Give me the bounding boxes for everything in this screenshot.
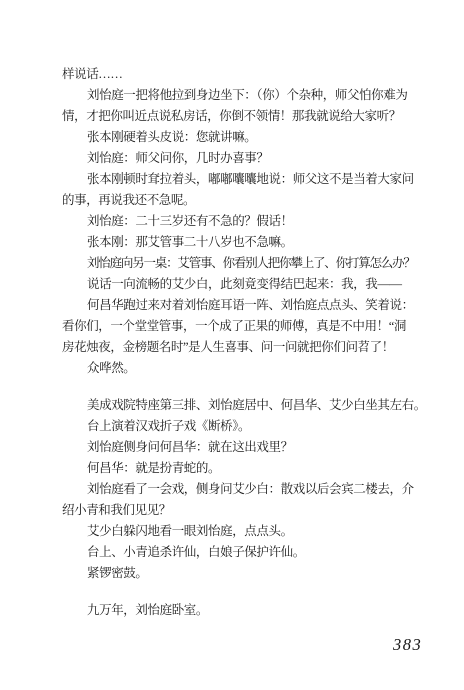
book-page: 样说话…… 刘怡庭一把将他拉到身边坐下：（你）个杂种，师父怕你难为 情，才把你叫… — [0, 0, 464, 690]
text-line: 张本刚顿时耷拉着头，嘟嘟囔囔地说：师父这不是当着大家问 — [62, 169, 412, 190]
text-line: 张本刚：那艾管事二十八岁也不急嘛。 — [62, 232, 412, 253]
text-line: 何昌华：就是扮青蛇的。 — [62, 458, 412, 479]
text-line: 刘怡庭看了一会戏，侧身问艾少白：散戏以后会宾二楼去，介 — [62, 479, 412, 500]
page-number: 383 — [393, 635, 422, 655]
text-line: 刘怡庭一把将他拉到身边坐下：（你）个杂种，师父怕你难为 — [62, 85, 412, 106]
text-line: 看你们，一个堂堂管事，一个成了正果的师傅，真是不中用！“洞 — [62, 316, 412, 337]
text-line: 绍小青和我们见见？ — [62, 500, 412, 521]
text-line: 紧锣密鼓。 — [62, 563, 412, 584]
text-line: 房花烛夜，金榜题名时”是人生喜事、问一问就把你们问苕了！ — [62, 337, 412, 358]
text-line: 众哗然。 — [62, 358, 412, 379]
text-line: 台上演着汉戏折子戏《断桥》。 — [62, 416, 412, 437]
text-line: 刘怡庭向另一桌：艾管事、你看别人把你攀上了、你打算怎么办？ — [62, 253, 412, 274]
text-line: 何昌华跑过来对着刘怡庭耳语一阵、刘怡庭点点头、笑着说： — [62, 295, 412, 316]
text-line: 刘怡庭：二十三岁还有不急的？假话！ — [62, 211, 412, 232]
text-line: 样说话…… — [62, 64, 412, 85]
text-line: 情，才把你叫近点说私房话，你倒不领情！那我就说给大家听？ — [62, 106, 412, 127]
text-line: 台上、小青追杀许仙，白娘子保护许仙。 — [62, 542, 412, 563]
text-line: 的事，再说我还不急呢。 — [62, 190, 412, 211]
text-line: 张本刚硬着头皮说：您就讲嘛。 — [62, 127, 412, 148]
text-line: 艾少白躲闪地看一眼刘怡庭，点点头。 — [62, 521, 412, 542]
text-line: 说话一向流畅的艾少白，此刻竟变得结巴起来：我，我—— — [62, 274, 412, 295]
page-text: 样说话…… 刘怡庭一把将他拉到身边坐下：（你）个杂种，师父怕你难为 情，才把你叫… — [62, 64, 412, 621]
text-line: 九万年，刘怡庭卧室。 — [62, 600, 412, 621]
text-line: 刘怡庭侧身问何昌华：就在这出戏里？ — [62, 437, 412, 458]
text-line: 美成戏院特座第三排、刘怡庭居中、何昌华、艾少白坐其左右。 — [62, 395, 412, 416]
text-line: 刘怡庭：师父问你，几时办喜事？ — [62, 148, 412, 169]
